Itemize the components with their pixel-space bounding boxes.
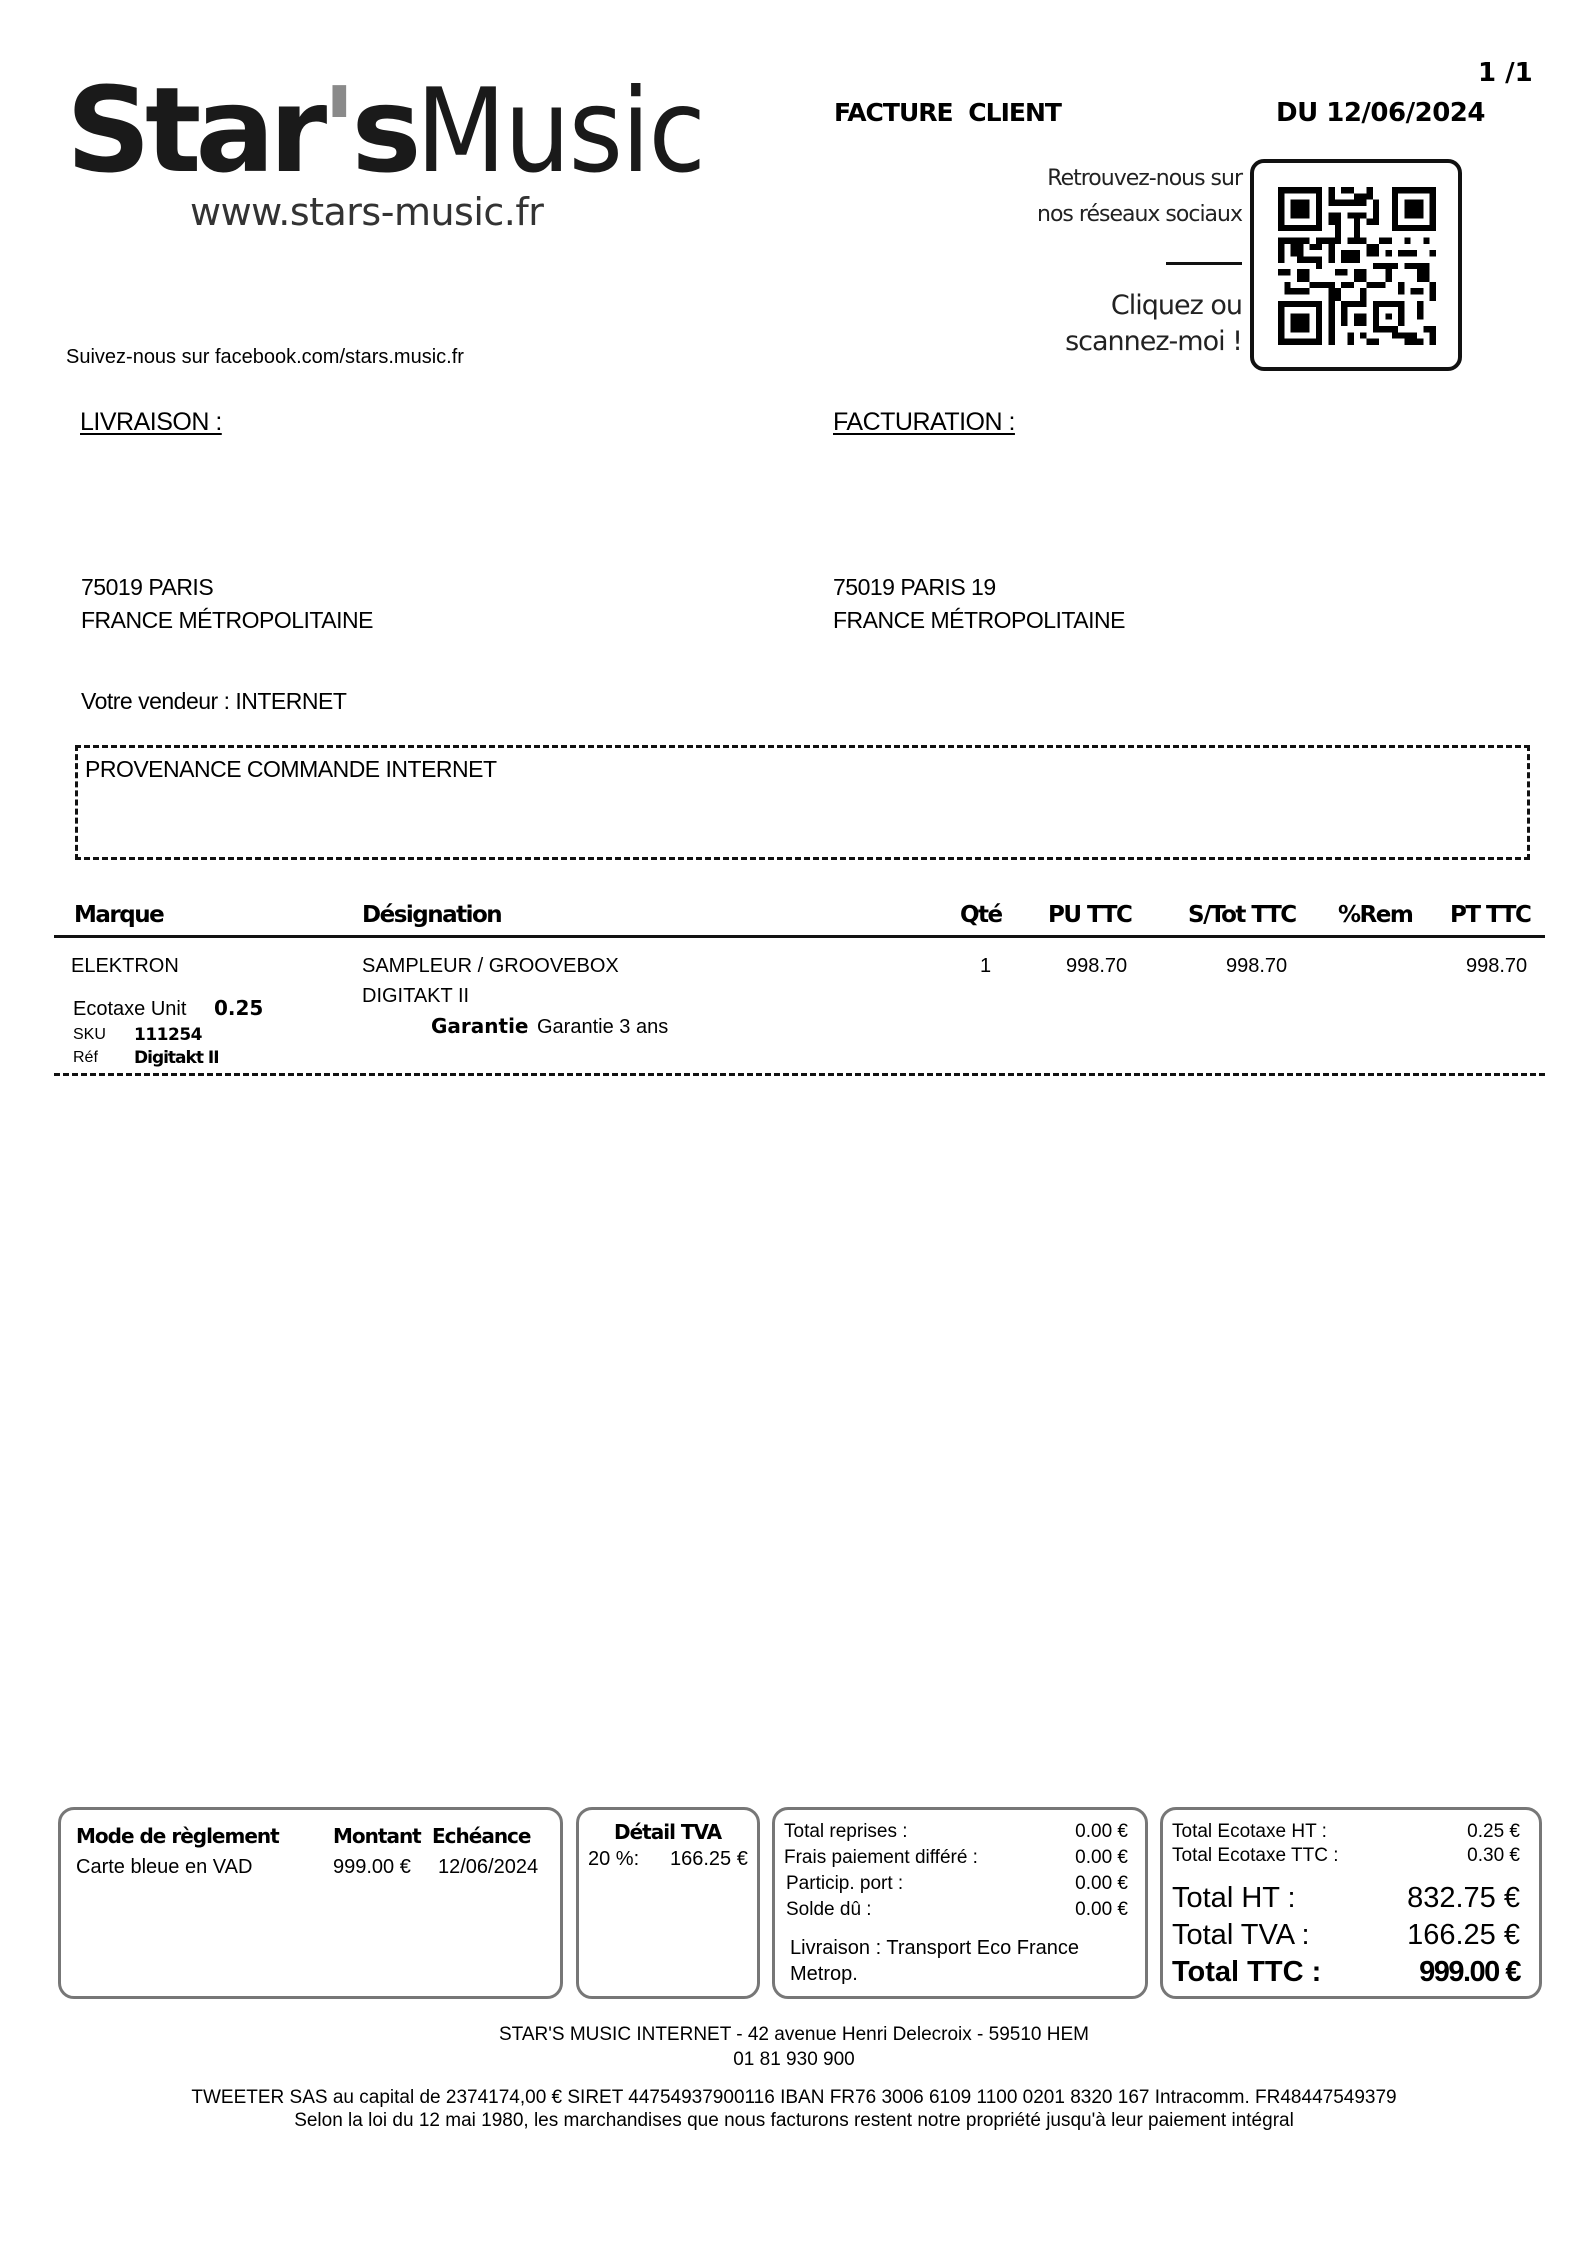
payment-amount-header: Montant [333,1824,421,1848]
row-ecotax-label: Ecotaxe Unit [73,998,186,1021]
row-subtotal: 998.70 [1226,955,1287,978]
vat-rate: 20 %: [588,1848,639,1871]
social-text-line2: nos réseaux sociaux [1037,202,1242,227]
row-ref-label: Réf [73,1049,98,1067]
logo-music-text: Music [416,72,704,192]
billing-city: 75019 PARIS 19 [833,574,996,601]
row-warranty-label: Garantie [431,1014,529,1038]
column-header-brand: Marque [74,902,163,928]
column-header-designation: Désignation [362,902,501,928]
column-header-discount: %Rem [1338,902,1412,928]
stars-music-logo: Star'sMusic [66,70,736,190]
qr-code-graphic [1278,187,1436,345]
delivery-method-line1: Livraison : Transport Eco France [790,1937,1079,1960]
document-title: FACTURE CLIENT [834,98,1061,127]
payment-due-header: Echéance [432,1824,530,1848]
total-ttc-value: 999.00 € [1419,1956,1520,1989]
ecotax-ttc-value: 0.30 € [1467,1845,1520,1867]
row-total: 998.70 [1466,955,1527,978]
logo-stars-text: Star's [66,70,416,190]
qr-code-icon[interactable] [1250,159,1462,371]
column-header-total: PT TTC [1450,902,1530,928]
shipping-participation-label: Particip. port : [786,1873,903,1895]
page-number: 1 /1 [1478,58,1533,88]
company-phone: 01 81 930 900 [0,2049,1588,2071]
delivery-heading: LIVRAISON : [80,408,222,437]
row-ecotax-value: 0.25 [214,996,263,1020]
billing-heading: FACTURATION : [833,408,1015,437]
total-tva-value: 166.25 € [1407,1919,1520,1952]
row-warranty-value: Garantie 3 ans [537,1016,668,1039]
vat-amount: 166.25 € [670,1848,748,1871]
row-quantity: 1 [980,955,991,978]
ecotax-ht-label: Total Ecotaxe HT : [1172,1821,1327,1843]
total-trade-ins-label: Total reprises : [784,1821,908,1843]
total-tva-label: Total TVA : [1172,1919,1310,1952]
social-divider [1166,262,1242,265]
total-ht-value: 832.75 € [1407,1882,1520,1915]
row-sku-label: SKU [73,1026,106,1044]
row-ref-value: Digitakt II [134,1048,219,1068]
website-url: www.stars-music.fr [190,190,543,234]
row-designation-line1: SAMPLEUR / GROOVEBOX [362,955,619,978]
facebook-follow-text: Suivez-nous sur facebook.com/stars.music… [66,346,464,369]
provenance-text: PROVENANCE COMMANDE INTERNET [85,756,497,783]
ecotax-ttc-label: Total Ecotaxe TTC : [1172,1845,1339,1867]
deferred-payment-fee-value: 0.00 € [1075,1847,1128,1869]
column-header-subtotal: S/Tot TTC [1188,902,1296,928]
payment-method: Carte bleue en VAD [76,1856,252,1879]
document-date: DU 12/06/2024 [1276,98,1485,128]
shipping-participation-value: 0.00 € [1075,1873,1128,1895]
table-header-rule [54,935,1545,938]
column-header-quantity: Qté [960,902,1002,928]
row-separator [54,1073,1545,1076]
company-legal-info: TWEETER SAS au capital de 2374174,00 € S… [0,2087,1588,2109]
seller-info: Votre vendeur : INTERNET [81,688,346,715]
row-brand: ELEKTRON [71,955,179,978]
row-designation-line2: DIGITAKT II [362,985,469,1008]
total-ttc-label: Total TTC : [1172,1956,1321,1989]
row-unit-price: 998.70 [1066,955,1127,978]
balance-due-label: Solde dû : [786,1899,872,1921]
column-header-unit-price: PU TTC [1048,902,1131,928]
total-ht-label: Total HT : [1172,1882,1296,1915]
social-cta-line1: Cliquez ou [1111,290,1242,321]
payment-method-header: Mode de règlement [76,1824,279,1848]
vat-detail-heading: Détail TVA [614,1820,721,1844]
delivery-method-line2: Metrop. [790,1963,858,1986]
payment-due-date: 12/06/2024 [438,1856,538,1879]
retention-of-title-clause: Selon la loi du 12 mai 1980, les marchan… [0,2110,1588,2132]
social-cta-line2: scannez-moi ! [1065,326,1242,357]
social-text-line1: Retrouvez-nous sur [1047,166,1242,191]
total-trade-ins-value: 0.00 € [1075,1821,1128,1843]
delivery-country: FRANCE MÉTROPOLITAINE [81,607,373,634]
row-sku-value: 111254 [134,1025,202,1045]
payment-amount: 999.00 € [333,1856,411,1879]
ecotax-ht-value: 0.25 € [1467,1821,1520,1843]
billing-country: FRANCE MÉTROPOLITAINE [833,607,1125,634]
balance-due-value: 0.00 € [1075,1899,1128,1921]
company-address: STAR'S MUSIC INTERNET - 42 avenue Henri … [0,2024,1588,2046]
delivery-city: 75019 PARIS [81,574,213,601]
deferred-payment-fee-label: Frais paiement différé : [784,1847,978,1869]
